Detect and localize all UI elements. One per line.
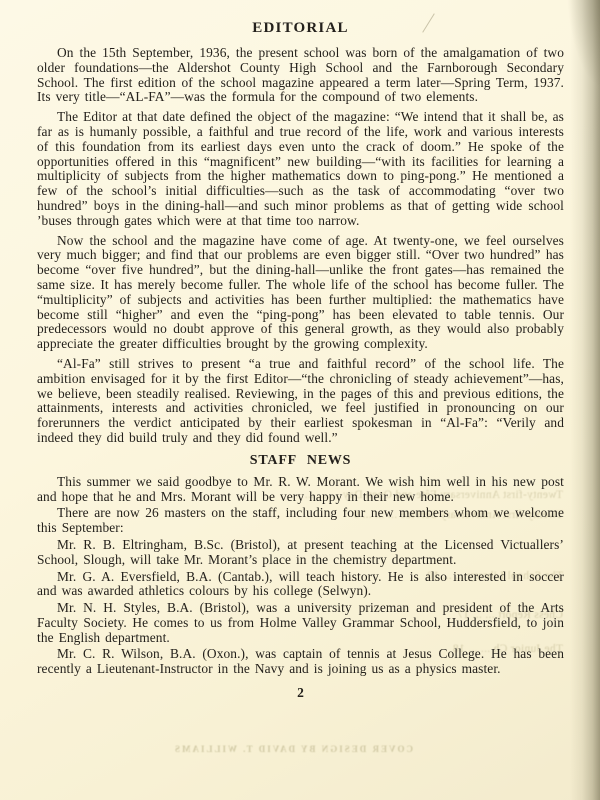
magazine-page: Twenty-first Anniversary Fête and Open D… [0,0,600,800]
staff-news-paragraph: This summer we said goodbye to Mr. R. W.… [37,475,564,505]
staff-news-paragraph: Mr. C. R. Wilson, B.A. (Oxon.), was capt… [37,647,564,677]
editorial-paragraph: Now the school and the magazine have com… [37,234,564,352]
editorial-paragraph: On the 15th September, 1936, the present… [37,46,564,105]
editorial-heading: EDITORIAL [37,20,564,37]
staff-news-heading: STAFF NEWS [37,453,564,469]
staff-news-paragraph: Mr. G. A. Eversfield, B.A. (Cantab.), wi… [37,570,564,600]
editorial-paragraph: The Editor at that date defined the obje… [37,110,564,228]
staff-news-paragraph: Mr. R. B. Eltringham, B.Sc. (Bristol), a… [37,538,564,568]
staff-news-paragraph: There are now 26 masters on the staff, i… [37,506,564,536]
editorial-paragraph: “Al-Fa” still strives to present “a true… [37,357,564,446]
page-edge-shadow [570,0,600,800]
page-edge-corner-shadow [566,0,600,90]
staff-news-paragraph: Mr. N. H. Styles, B.A. (Bristol), was a … [37,601,564,645]
page-content: EDITORIAL On the 15th September, 1936, t… [37,20,564,701]
bleed-through-cover-credit: COVER DESIGN BY DAVID T. WILLIAMS [162,744,424,754]
page-number: 2 [37,685,564,701]
